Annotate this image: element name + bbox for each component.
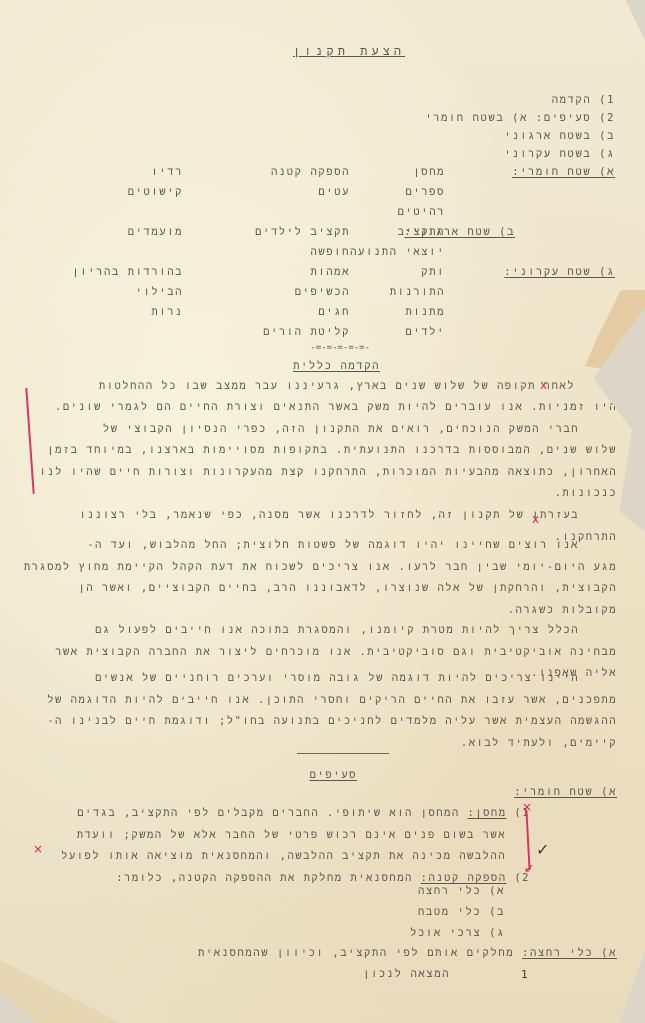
area-cell: עטים (318, 186, 350, 199)
area-cell: מועמדים (128, 226, 183, 239)
document-page: הצעת תקנון 1) הקדמה 2) סעיפים: א) בשטח ח… (0, 0, 645, 1023)
pencil-check-mark: ✓ (536, 840, 549, 859)
intro-heading: הקדמה כללית (293, 360, 380, 373)
sections-area-label: א) שטח חומרי: (514, 786, 617, 799)
area-cell: מתנות (405, 306, 445, 319)
torn-edge-stain (585, 290, 645, 370)
area-cell: רדיו (151, 166, 183, 179)
area-cell: מחסן (413, 166, 445, 179)
detail-item-continued: המצאה לנכון (363, 968, 450, 981)
area-cell: חופשה (310, 246, 350, 259)
detail-item: א) כלי רחצה: מחלקים אותם לפי התקציב, וכי… (198, 947, 617, 960)
bottom-edge-stain (0, 960, 120, 1023)
intro-paragraph: היינו צריכים להיות דוגמה של גובה מוסרי ו… (47, 668, 617, 754)
area-cell: קישוטים (128, 186, 183, 199)
area-cell: חגים (318, 306, 350, 319)
section-divider (297, 753, 389, 754)
area-cell: הכשיפים (295, 286, 350, 299)
toc-item: 1) הקדמה (552, 94, 615, 107)
subitem: ב) כלי מטבח (418, 906, 505, 919)
area-cell: התקציב (398, 226, 445, 239)
separator: -=-=-=-=-=- (310, 343, 370, 353)
area-cell: רהיטים (398, 206, 445, 219)
subitem: א) כלי רחצה (418, 885, 505, 898)
area-cell: הספקה קטנה (271, 166, 350, 179)
sections-heading: סעיפים (310, 769, 357, 782)
red-arrow-head: ↙ (524, 861, 534, 875)
red-x-mark: × (522, 800, 532, 814)
area-cell: קליטת הורים (263, 326, 350, 339)
subitem: ג) צרכי אוכל (410, 927, 505, 940)
area-cell: הבילוי (136, 286, 183, 299)
area-cell: אמהות (310, 266, 350, 279)
document-title: הצעת תקנון (293, 44, 405, 59)
area-cell: נרות (151, 306, 183, 319)
area-label-material: א) שטח חומרי: (512, 166, 615, 179)
red-x-mark: x (532, 512, 539, 526)
red-x-mark: × (33, 842, 43, 856)
section-item: 1) מחסן: המחסן הוא שיתופי. החברים מקבלים… (61, 803, 530, 889)
area-cell: בהורדות בהריון (72, 266, 183, 279)
red-x-mark: x (540, 378, 547, 392)
toc-item: ב) בשטח ארגוני (504, 130, 615, 143)
intro-paragraph: לאחר תקופה של שלוש שנים בארץ, גרעיננו עב… (99, 376, 575, 398)
intro-paragraph: היו זמניות. אנו עוברים להיות משק באשר הת… (39, 397, 617, 505)
toc-item: 2) סעיפים: א) בשטח חומרי (425, 112, 615, 125)
page-mark: 1 (521, 968, 528, 981)
red-margin-line (25, 388, 34, 494)
area-cell: יוצאי התנועה (350, 246, 445, 259)
area-cell: ילדים (405, 326, 445, 339)
area-label-principled: ג) שטח עקרוני: (504, 266, 615, 279)
intro-paragraph: אנו רוצים שחיינו יהיו דוגמה של פשטות חלו… (24, 535, 617, 621)
area-cell: התורנות (390, 286, 445, 299)
toc-item: ג) בשטח עקרוני (504, 148, 615, 161)
area-cell: ותק (421, 266, 445, 279)
area-cell: תקציב לילדים (255, 226, 350, 239)
area-cell: ספרים (405, 186, 445, 199)
